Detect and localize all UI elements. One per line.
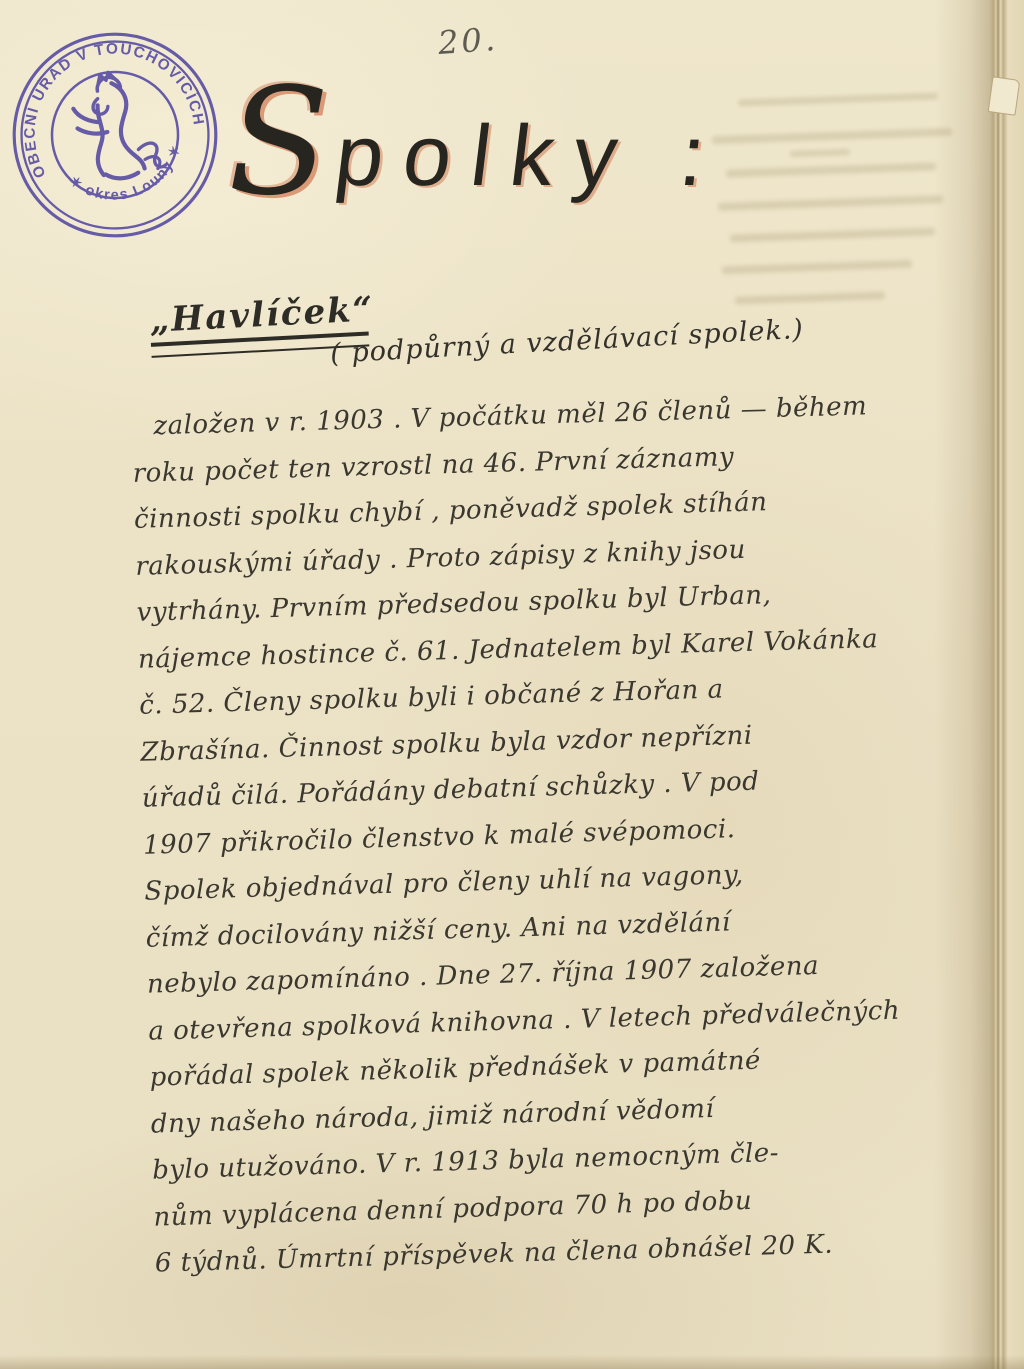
bottom-shade bbox=[0, 1355, 1024, 1369]
section-subheading: ( podpůrný a vzdělávací spolek.) bbox=[330, 313, 811, 369]
stamp-graphic: OBECNÍ ÚŘAD V TOUCHOVICÍCH ✶ okres Louny… bbox=[0, 3, 247, 268]
chronicle-page: 20. OBECNÍ ÚŘAD V TOUCHOVICÍCH ✶ okres L… bbox=[0, 0, 1024, 1369]
page-number: 20. bbox=[437, 20, 499, 62]
handwritten-body: založen v r. 1903 . V počátku měl 26 čle… bbox=[131, 380, 995, 1287]
page-edge bbox=[934, 0, 1024, 1369]
chapter-title: Spolky : bbox=[228, 62, 688, 242]
municipal-stamp: OBECNÍ ÚŘAD V TOUCHOVICÍCH ✶ okres Louny… bbox=[0, 3, 247, 268]
title-rest: polky : bbox=[330, 107, 731, 206]
page-corner bbox=[988, 76, 1021, 116]
title-initial-letter: S bbox=[228, 56, 335, 228]
